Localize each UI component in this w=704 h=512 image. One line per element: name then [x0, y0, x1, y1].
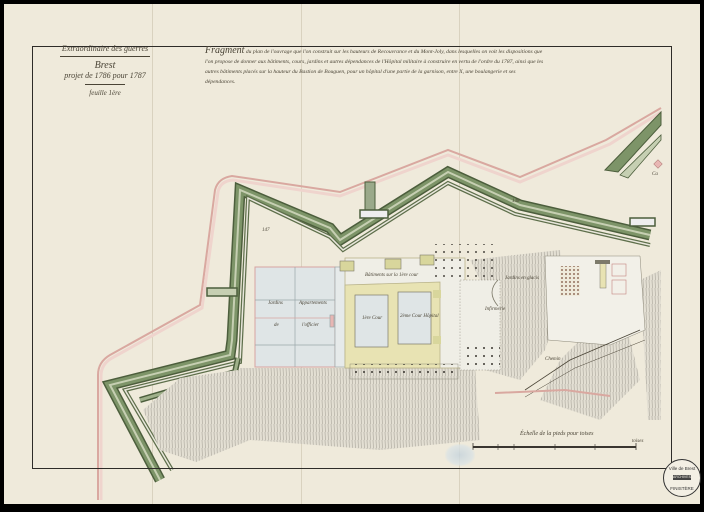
stamp-middle: ARCHIVES	[673, 475, 691, 480]
bastion-label: 147	[262, 228, 270, 233]
garden-label: Jardins	[268, 301, 283, 306]
title-lead: Fragment	[205, 45, 244, 56]
divider	[60, 56, 150, 57]
garden-label: Appartements	[299, 301, 327, 306]
faded-stamp	[445, 444, 475, 466]
map-frame	[32, 46, 672, 469]
garden-label: l'officier	[302, 323, 319, 328]
map-title: Fragment du plan de l'ouvrage que l'on c…	[205, 46, 545, 87]
divider	[85, 84, 125, 85]
bastion-label: Ca	[652, 172, 658, 177]
place-name: Brest	[40, 60, 170, 71]
slope-label: Jardins en glacis	[505, 276, 539, 281]
archive-stamp: Ville de Brest ARCHIVES FINISTÈRE	[663, 459, 701, 497]
infirmary-label: Infirmerie	[485, 307, 505, 312]
sheet-number: feuille 1ère	[40, 89, 170, 97]
scale-end-label: toises	[632, 439, 643, 444]
road-label: Chemin	[545, 357, 561, 362]
scale-caption: Échelle de la pieds pour toises	[520, 431, 594, 437]
court-label: 2ème Cour Hôpital	[400, 314, 439, 319]
stamp-top: Ville de Brest	[664, 466, 700, 471]
cartouche-heading: Extraordinaire des guerres	[40, 44, 170, 53]
stamp-bottom: FINISTÈRE	[664, 486, 700, 491]
garden-label: de	[274, 323, 279, 328]
project-year: projet de 1786 pour 1787	[40, 71, 170, 80]
court-label: 1ère Cour	[362, 316, 382, 321]
building-label: Bâtiments sur la 1ère cour	[365, 273, 418, 278]
cartouche: Extraordinaire des guerres Brest projet …	[40, 44, 170, 97]
title-text: du plan de l'ouvrage que l'on construit …	[205, 49, 543, 85]
bastion-label: 148	[512, 199, 520, 204]
